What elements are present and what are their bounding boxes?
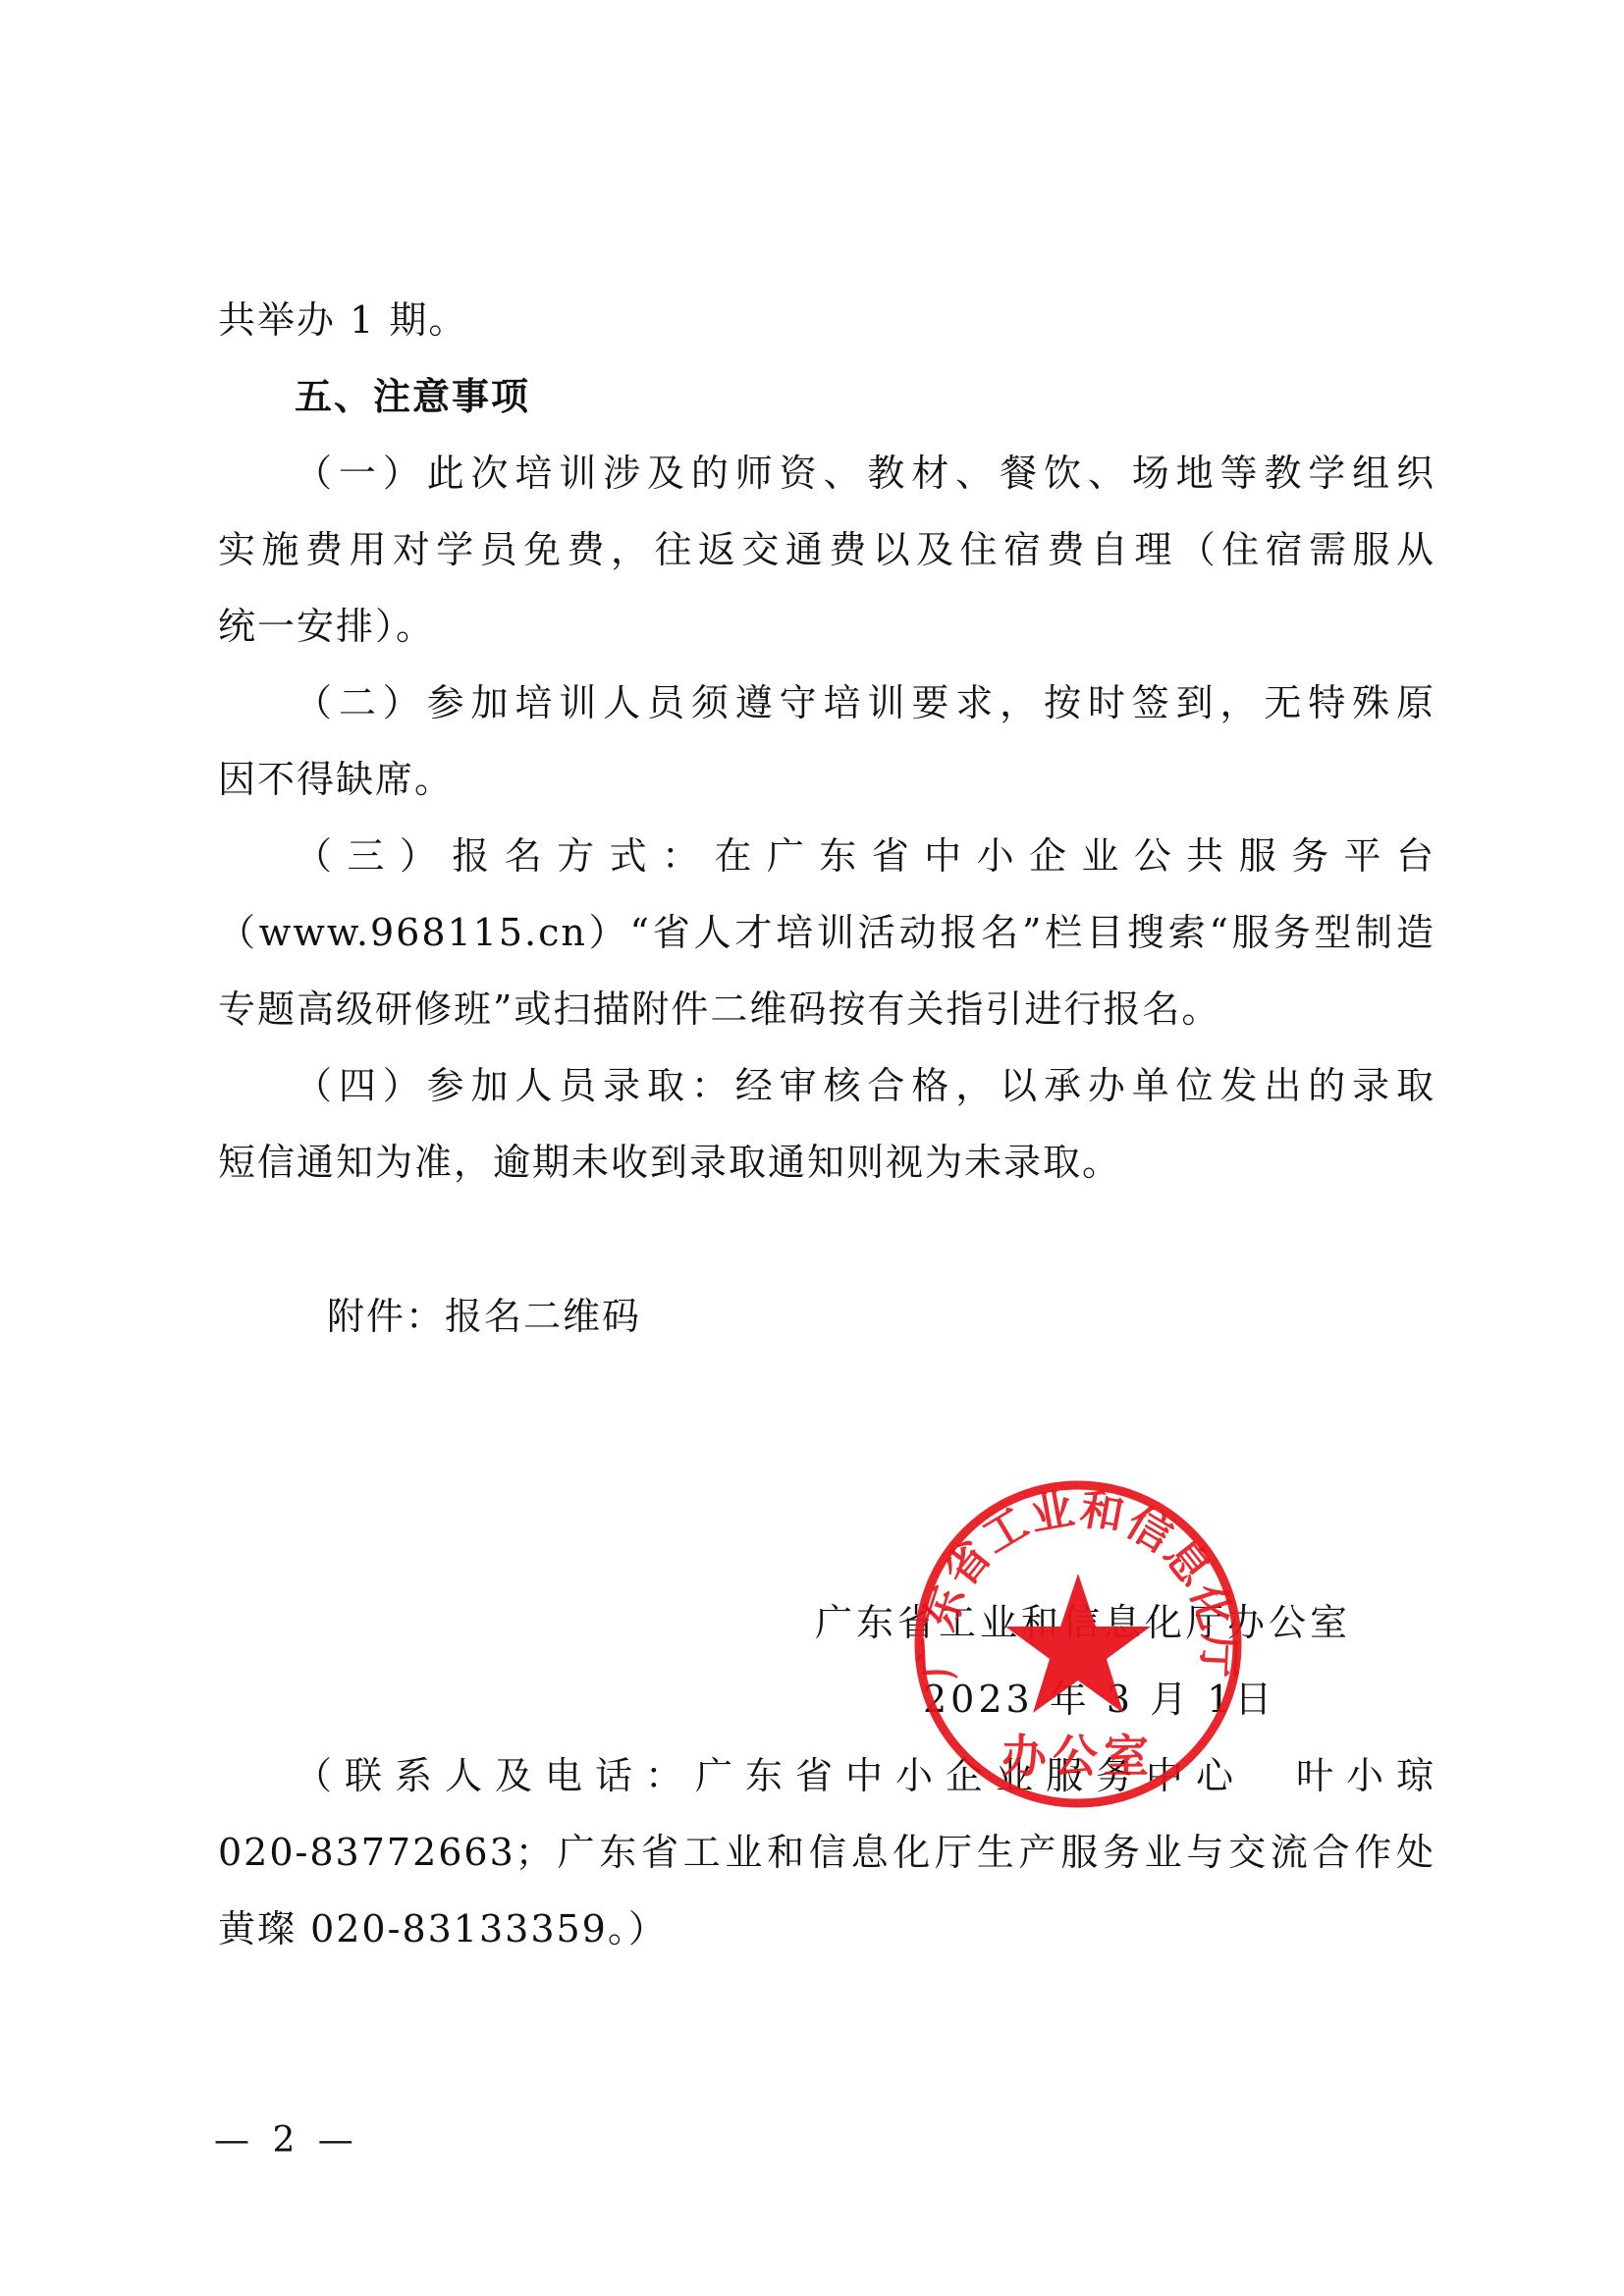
paragraph-line: 统一安排）。: [218, 601, 1435, 652]
paragraph-line: 实施费用对学员免费，往返交通费以及住宿费自理（住宿需服从: [218, 524, 1435, 575]
paragraph-line: 短信通知为准，逾期未收到录取通知则视为未录取。: [218, 1137, 1435, 1188]
page-number: — 2 —: [214, 2120, 359, 2161]
paragraph-line: 共举办 1 期。: [218, 294, 1435, 346]
contact-line: （联系人及电话：广东省中小企业服务中心 叶小琼: [295, 1750, 1435, 1801]
paragraph-line: （四）参加人员录取：经审核合格，以承办单位发出的录取: [295, 1060, 1435, 1111]
paragraph-line: 因不得缺席。: [218, 754, 1435, 805]
paragraph-line: （三）报名方式：在广东省中小企业公共服务平台: [295, 830, 1435, 881]
svg-text:广东省工业和信息化厅: 广东省工业和信息化厅: [912, 1484, 1244, 1681]
paragraph-line: （一）此次培训涉及的师资、教材、餐饮、场地等教学组织: [295, 448, 1435, 499]
signature-org: 广东省工业和信息化厅办公室: [815, 1597, 1351, 1648]
paragraph-line: 专题高级研修班”或扫描附件二维码按有关指引进行报名。: [218, 984, 1435, 1035]
paragraph-line: （www.968115.cn）“省人才培训活动报名”栏目搜索“服务型制造: [218, 907, 1435, 958]
paragraph-line: （二）参加培训人员须遵守培训要求，按时签到，无特殊原: [295, 677, 1435, 728]
contact-line: 020-83772663；广东省工业和信息化厅生产服务业与交流合作处: [218, 1827, 1435, 1878]
attachment-note: 附件：报名二维码: [327, 1291, 1544, 1342]
signature-date: 2023 年 3 月 1日: [923, 1674, 1275, 1725]
section-heading: 五、注意事项: [295, 371, 1512, 422]
contact-line: 黄璨 020-83133359。）: [218, 1903, 1435, 1954]
